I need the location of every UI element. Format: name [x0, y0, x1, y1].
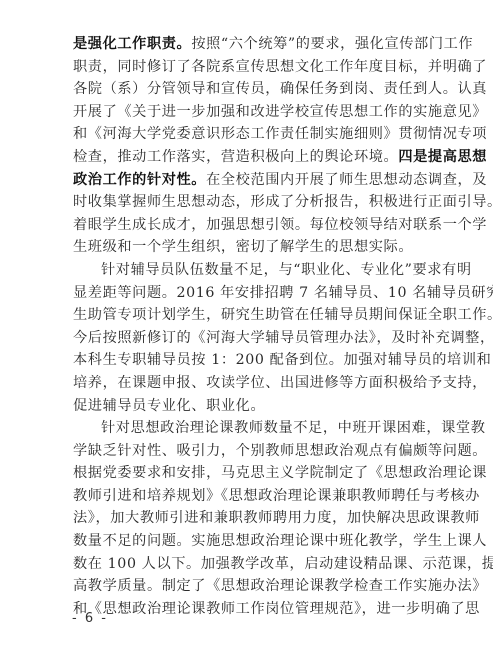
line-text: 数量不足的问题。实施思想政治理论课中班化教学，学生上课人 [73, 533, 487, 549]
line-text: 法》，加大教师引进和兼职教师聘用力度，加快解决思政课教师 [73, 510, 480, 526]
text-line: 针对思想政治理论课教师数量不足，中班开课困难，课堂教 [73, 417, 425, 440]
line-text: 针对辅导员队伍数量不足，与“职业化、专业化”要求有明 [101, 262, 472, 278]
bold-heading-text: 是强化工作职责。 [73, 36, 191, 52]
text-line: 和《河海大学党委意识形态工作责任制实施细则》贯彻情况专项 [73, 123, 425, 146]
line-text: 促进辅导员专业化、职业化。 [73, 398, 265, 414]
text-line: 检查，推动工作落实，营造积极向上的舆论环境。四是提高思想 [73, 146, 425, 169]
line-text: 各院（系）分管领导和宣传员，确保任务到岗、责任到人。认真 [73, 81, 487, 97]
body-text: 是强化工作职责。按照“六个统筹”的要求，强化宣传部门工作职责，同时修订了各院系宣… [73, 33, 425, 620]
text-line: 培养，在课题申报、攻读学位、出国进修等方面积极给予支持， [73, 372, 425, 395]
text-line: 教师引进和培养规划》《思想政治理论课兼职教师聘任与考核办 [73, 485, 425, 508]
line-text: 开展了《关于进一步加强和改进学校宣传思想工作的实施意见》 [73, 104, 487, 120]
text-line: 各院（系）分管领导和宣传员，确保任务到岗、责任到人。认真 [73, 78, 425, 101]
line-text: 生班级和一个学生组织，密切了解学生的思想实际。 [73, 239, 413, 255]
line-text: 检查，推动工作落实，营造积极向上的舆论环境。 [73, 149, 398, 165]
line-text: 学缺乏针对性、吸引力，个别教师思想政治观点有偏颇等问题。 [73, 443, 487, 459]
text-line: 生助管专项计划学生，研究生助管在任辅导员期间保证全职工作。 [73, 304, 425, 327]
line-text: 职责，同时修订了各院系宣传思想文化工作年度目标，并明确了 [73, 59, 487, 75]
text-line: 促进辅导员专业化、职业化。 [73, 395, 425, 418]
document-page: 是强化工作职责。按照“六个统筹”的要求，强化宣传部门工作职责，同时修订了各院系宣… [0, 0, 493, 671]
text-line: 根据党委要求和安排，马克思主义学院制定了《思想政治理论课 [73, 462, 425, 485]
line-text: 按照“六个统筹”的要求，强化宣传部门工作 [191, 36, 473, 52]
line-text: 数在 100 人以下。加强教学改革，启动建设精品课、示范课，提 [73, 556, 493, 572]
text-line: 着眼学生成长成才，加强思想引领。每位校领导结对联系一个学 [73, 214, 425, 237]
page-number: - 6 - [72, 611, 108, 626]
line-text: 生助管专项计划学生，研究生助管在任辅导员期间保证全职工作。 [73, 307, 493, 323]
text-line: 开展了《关于进一步加强和改进学校宣传思想工作的实施意见》 [73, 101, 425, 124]
text-line: 和《思想政治理论课教师工作岗位管理规范》，进一步明确了思 [73, 598, 425, 621]
text-line: 数量不足的问题。实施思想政治理论课中班化教学，学生上课人 [73, 530, 425, 553]
line-text: 本科生专职辅导员按 1：200 配备到位。加强对辅导员的培训和 [73, 352, 491, 368]
text-line: 法》，加大教师引进和兼职教师聘用力度，加快解决思政课教师 [73, 507, 425, 530]
text-line: 显差距等问题。2016 年安排招聘 7 名辅导员、10 名辅导员研究 [73, 282, 425, 305]
line-text: 在全校范围内开展了师生思想动态调查，及 [206, 172, 487, 188]
text-line: 数在 100 人以下。加强教学改革，启动建设精品课、示范课，提 [73, 553, 425, 576]
line-text: 今后按照新修订的《河海大学辅导员管理办法》，及时补充调整， [73, 330, 493, 346]
line-text: 高教学质量。制定了《思想政治理论课教学检查工作实施办法》 [73, 578, 487, 594]
bold-heading-text: 政治工作的针对性。 [73, 172, 206, 188]
text-line: 今后按照新修订的《河海大学辅导员管理办法》，及时补充调整， [73, 327, 425, 350]
line-text: 和《思想政治理论课教师工作岗位管理规范》，进一步明确了思 [73, 601, 480, 617]
text-line: 是强化工作职责。按照“六个统筹”的要求，强化宣传部门工作 [73, 33, 425, 56]
line-text: 根据党委要求和安排，马克思主义学院制定了《思想政治理论课 [73, 465, 487, 481]
text-line: 时收集掌握师生思想动态，形成了分析报告，积极进行正面引导。 [73, 191, 425, 214]
text-line: 政治工作的针对性。在全校范围内开展了师生思想动态调查，及 [73, 169, 425, 192]
text-line: 本科生专职辅导员按 1：200 配备到位。加强对辅导员的培训和 [73, 349, 425, 372]
text-line: 生班级和一个学生组织，密切了解学生的思想实际。 [73, 236, 425, 259]
line-text: 时收集掌握师生思想动态，形成了分析报告，积极进行正面引导。 [73, 194, 493, 210]
text-line: 针对辅导员队伍数量不足，与“职业化、专业化”要求有明 [73, 259, 425, 282]
text-line: 高教学质量。制定了《思想政治理论课教学检查工作实施办法》 [73, 575, 425, 598]
text-line: 职责，同时修订了各院系宣传思想文化工作年度目标，并明确了 [73, 56, 425, 79]
text-line: 学缺乏针对性、吸引力，个别教师思想政治观点有偏颇等问题。 [73, 440, 425, 463]
line-text: 教师引进和培养规划》《思想政治理论课兼职教师聘任与考核办 [73, 488, 480, 504]
bold-heading-text: 四是提高思想 [398, 149, 487, 165]
line-text: 显差距等问题。2016 年安排招聘 7 名辅导员、10 名辅导员研究 [73, 285, 493, 301]
line-text: 针对思想政治理论课教师数量不足，中班开课困难，课堂教 [101, 420, 485, 436]
line-text: 着眼学生成长成才，加强思想引领。每位校领导结对联系一个学 [73, 217, 487, 233]
line-text: 培养，在课题申报、攻读学位、出国进修等方面积极给予支持， [73, 375, 487, 391]
line-text: 和《河海大学党委意识形态工作责任制实施细则》贯彻情况专项 [73, 126, 487, 142]
